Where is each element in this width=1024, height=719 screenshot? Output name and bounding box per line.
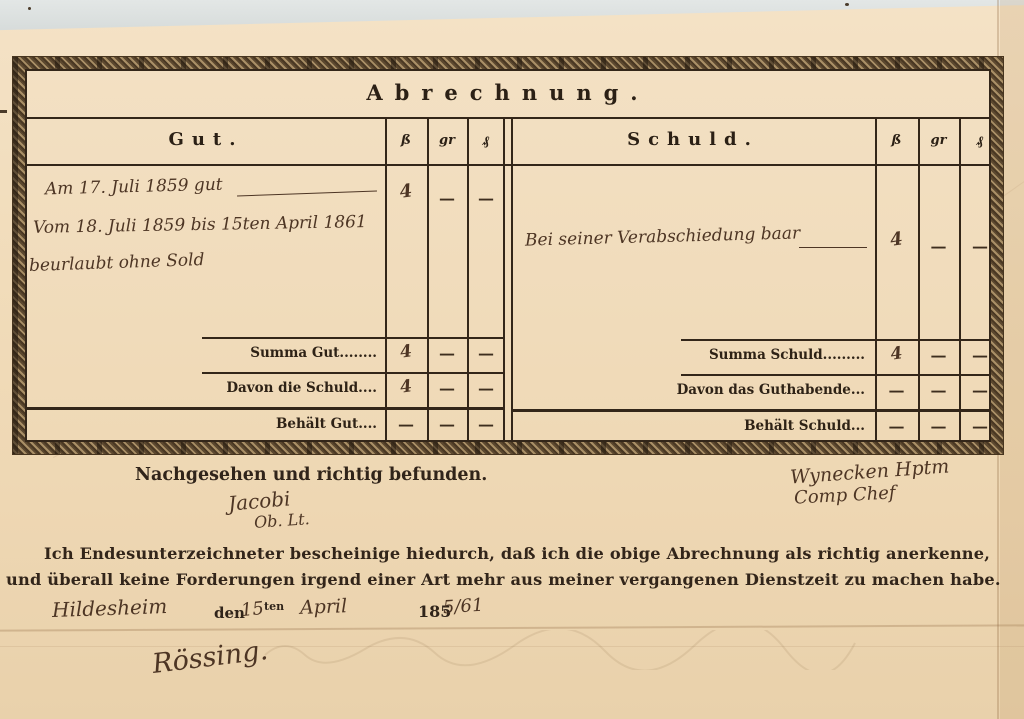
gut-entry-line2: Vom 18. Juli 1859 bis 15ten April 1861 (33, 212, 367, 238)
paper-speck (845, 3, 849, 6)
table-line (202, 372, 505, 374)
behaelt-schuld-pfennig: — (959, 417, 1001, 436)
paper-speck (28, 7, 31, 10)
table-line (511, 409, 989, 412)
scanned-document: Abrechnung. Gut. ß gr ₰ Schuld. ß gr ₰ A… (0, 0, 1024, 719)
behaelt-schuld-thaler: — (875, 417, 918, 436)
pfennig-symbol: ₰ (959, 133, 1001, 149)
davon-das-guthabende-label: Davon das Guthabende... (587, 382, 865, 398)
schuld-entry-groschen: — (918, 237, 959, 256)
davon-das-guthabende-pfennig: — (959, 381, 1001, 400)
davon-das-guthabende-groschen: — (918, 381, 959, 400)
schuld-entry-pfennig: — (959, 237, 1001, 256)
groschen-symbol: gr (918, 133, 959, 148)
abrechnung-table: Abrechnung. Gut. ß gr ₰ Schuld. ß gr ₰ A… (25, 69, 991, 442)
table-line (681, 339, 989, 341)
gut-entry-groschen: — (427, 189, 467, 208)
davon-das-guthabende-thaler: — (875, 381, 918, 400)
davon-die-schuld-thaler: 4 (384, 374, 428, 400)
scanner-background (0, 0, 1024, 32)
summa-schuld-pfennig: — (959, 346, 1001, 365)
thaler-symbol: ß (875, 133, 918, 148)
summa-gut-thaler: 4 (384, 339, 428, 365)
groschen-symbol: gr (427, 133, 467, 148)
ornate-border-frame: Abrechnung. Gut. ß gr ₰ Schuld. ß gr ₰ A… (12, 56, 1004, 455)
behaelt-schuld-groschen: — (918, 417, 959, 436)
declaration-paragraph: Ich Endesunterzeichneter bescheinige hie… (6, 541, 1020, 593)
place-hildesheim: Hildesheim (52, 594, 168, 622)
schuld-entry-thaler: 4 (874, 226, 920, 253)
gut-entry-line3: beurlaubt ohne Sold (29, 250, 205, 276)
gut-entry-thaler: 4 (384, 178, 429, 205)
summa-schuld-thaler: 4 (874, 341, 919, 367)
summa-gut-groschen: — (427, 344, 467, 363)
handwritten-month: April (300, 595, 348, 619)
table-line (27, 407, 505, 410)
gut-entry-pfennig: — (467, 189, 505, 208)
handwritten-rule (237, 191, 377, 197)
summa-schuld-groschen: — (918, 346, 959, 365)
summa-gut-pfennig: — (467, 344, 505, 363)
schuld-entry: Bei seiner Verabschiedung baar (525, 223, 801, 250)
davon-die-schuld-label: Davon die Schuld.... (147, 380, 377, 396)
davon-die-schuld-groschen: — (427, 379, 467, 398)
gut-entry-line1: Am 17. Juli 1859 gut (45, 175, 223, 200)
paper-speck (0, 110, 7, 113)
verification-printed-text: Nachgesehen und richtig befunden. (135, 465, 487, 485)
pfennig-symbol: ₰ (467, 133, 505, 149)
behaelt-gut-pfennig: — (467, 415, 505, 434)
table-line (681, 374, 989, 376)
gut-column-header: Gut. (27, 129, 385, 150)
summa-gut-label: Summa Gut........ (147, 345, 377, 361)
schuld-column-header: Schuld. (511, 129, 875, 150)
behaelt-gut-label: Behält Gut.... (147, 416, 377, 432)
behaelt-gut-groschen: — (427, 415, 467, 434)
document-title: Abrechnung. (27, 80, 989, 105)
table-line (202, 337, 505, 339)
handwritten-year: 5/61 (442, 595, 484, 619)
handwritten-day: 15 (240, 598, 265, 621)
behaelt-schuld-label: Behält Schuld... (587, 418, 865, 434)
behaelt-gut-thaler: — (385, 415, 427, 434)
printed-ten-suffix: ten (264, 600, 284, 613)
signature-wynecken-role: Comp Chef (794, 482, 897, 508)
show-through-marks (260, 630, 960, 670)
thaler-symbol: ß (385, 133, 427, 148)
signature-jacobi-rank: Ob. Lt. (253, 509, 310, 532)
signature-roessing: Rössing. (151, 635, 270, 680)
handwritten-rule (799, 247, 867, 248)
summa-schuld-label: Summa Schuld......... (587, 347, 865, 363)
davon-die-schuld-pfennig: — (467, 379, 505, 398)
